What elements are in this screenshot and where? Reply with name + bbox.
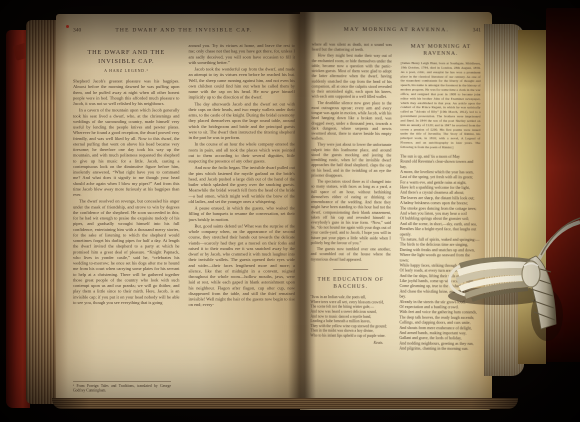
bacchus-poem: 'Twas in an Indian vale, the poets tell,… [310, 295, 390, 339]
paragraph: The day afterwards Jacob and the dwarf s… [189, 101, 296, 140]
paragraph: How they might best make their way out o… [312, 53, 392, 99]
left-running-head-row: 340 THE DWARF AND THE INVISIBLE CAP. [73, 27, 295, 33]
book-cover-right [546, 8, 580, 362]
paragraph: where all was silent as death, not a sou… [312, 42, 392, 53]
ravenna-poem: The sun is up, and 'tis a morn of May Ro… [399, 154, 480, 352]
left-column-2: around you. Try its virtues at home, and… [189, 43, 296, 393]
ravenna-heading: MAY MORNING AT RAVENNA. [401, 43, 481, 57]
paragraph: But, good saints defend us! What was the… [189, 223, 296, 307]
paragraph: The spectators stood there as if changed… [311, 179, 391, 246]
paragraph: In the course of an hour the whole compa… [189, 142, 296, 165]
paragraph: around you. Try its virtues at home, and… [189, 43, 296, 66]
paragraph: In a cavern of the mountain upon which J… [73, 108, 180, 198]
right-page: MAY MORNING AT RAVENNA. 341 where all wa… [302, 14, 490, 406]
endpaper-right [518, 30, 546, 364]
left-page-number: 340 [73, 27, 95, 33]
left-page: 340 THE DWARF AND THE INVISIBLE CAP. THE… [58, 14, 304, 404]
footnote: ¹ From Foreign Tales and Traditions, tra… [73, 381, 171, 393]
right-column-2: MAY MORNING AT RAVENNA. [James Henry Lei… [399, 43, 481, 401]
paragraph: A pause ensued, in which the guests, who… [189, 206, 296, 223]
paragraph: And now the frolic began. The invisible … [189, 165, 296, 204]
article-title: THE DWARF AND THE INVISIBLE CAP. [78, 48, 175, 66]
bacchus-heading: THE EDUCATION OF BACCHUS. [311, 275, 391, 289]
book-photo: 340 THE DWARF AND THE INVISIBLE CAP. THE… [0, 0, 580, 422]
paragraph: The deathlike silence now gave place to … [311, 100, 391, 141]
poem-attribution: Keats. [310, 340, 390, 345]
left-running-head: THE DWARF AND THE INVISIBLE CAP. [95, 27, 273, 33]
author-biography: [James Henry Leigh Hunt, born at Southga… [400, 62, 480, 151]
right-running-head-row: MAY MORNING AT RAVENNA. 341 [312, 26, 481, 33]
left-column-1: THE DWARF AND THE INVISIBLE CAP. A HARZ … [73, 43, 180, 393]
paragraph: They were just about to lower the unfort… [311, 142, 391, 178]
right-column-1: where all was silent as death, not a sou… [310, 42, 392, 400]
page-edges-left [26, 20, 58, 404]
section-divider [333, 269, 368, 270]
right-running-head: MAY MORNING AT RAVENNA. [334, 26, 459, 33]
article-subtitle: A HARZ LEGEND.¹ [73, 69, 180, 74]
paragraph: The dwarf resolved on revenge, but conce… [73, 199, 180, 306]
paragraph: Shepherd Jacob's greatest pleasure was h… [73, 79, 180, 107]
right-page-number: 341 [459, 27, 481, 33]
paragraph: The guests now tumbled over one another,… [311, 247, 391, 263]
paragraph: Jacob took the wonderful cap from the dw… [189, 67, 296, 101]
